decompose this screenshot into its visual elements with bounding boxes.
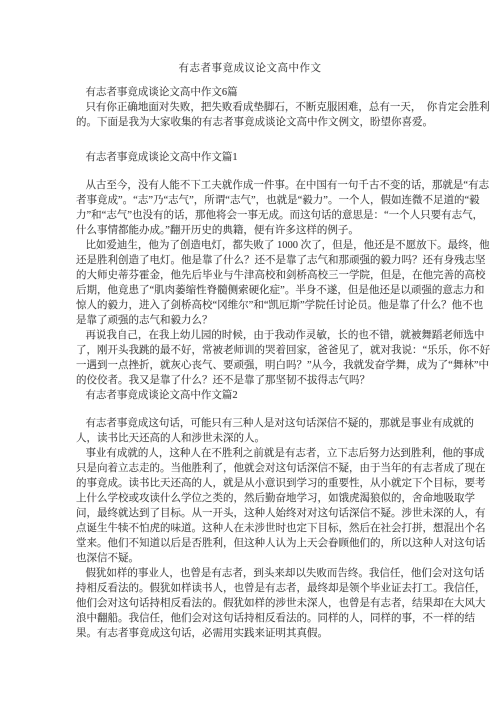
intro-paragraph: 只有你正确地面对失败，把失败看成垫脚石，不断克服困难，总有一天， 你肯定会胜利的… (76, 100, 491, 130)
paragraph: 比如爱迪生，他为了创造电灯，都失败了 1000 次了，但是，他还是不愿放下。最终… (76, 238, 491, 328)
section-2-heading: 有志者事竟成谈论文高中作文篇2 (76, 388, 491, 403)
paragraph: 事业有成就的人，这种人在不胜利之前就是有志者，立下志后努力达到胜利，他的事成只是… (76, 446, 491, 566)
paragraph: 假犹如样的事业人，也曾是有志者，到头来却以失败而告终。我信任，他们会对这句话持相… (76, 566, 491, 641)
paragraph: 从古至今，没有人能不下工夫就作成一件事。在中国有一句千古不变的话，那就是“有志者… (76, 178, 491, 238)
paragraph: 再说我自己，在我上幼儿园的时候，由于我动作灵敏，长的也不错，就被舞蹈老师选中了，… (76, 328, 491, 388)
paragraph: 有志者事竟成这句话，可能只有三种人是对这句话深信不疑的，那就是事业有成就的人，读… (76, 416, 491, 446)
section-1-heading: 有志者事竟成谈论文高中作文篇1 (76, 150, 491, 165)
document-page: 有志者事竟成议论文高中作文 有志者事竟成谈论文高中作文6篇 只有你正确地面对失败… (0, 0, 500, 707)
document-body: 有志者事竟成谈论文高中作文6篇 只有你正确地面对失败，把失败看成垫脚石，不断克服… (76, 85, 491, 641)
collection-heading: 有志者事竟成谈论文高中作文6篇 (76, 85, 491, 100)
document-title: 有志者事竟成议论文高中作文 (0, 0, 500, 76)
